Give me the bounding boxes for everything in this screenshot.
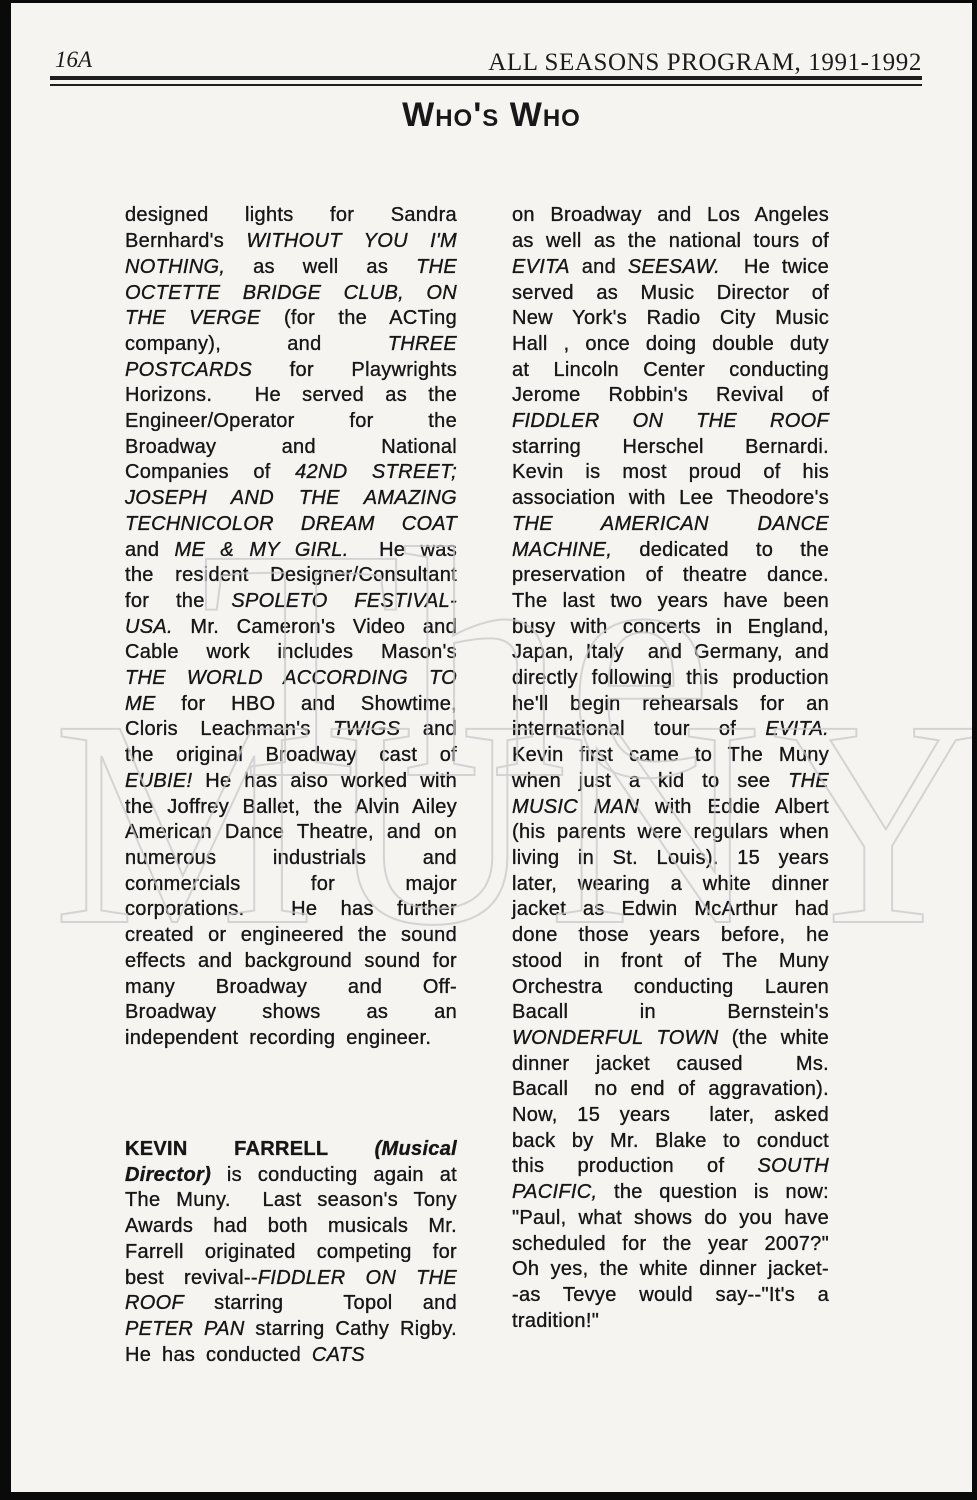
right-column: on Broadway and Los Angeles as well as t… [512,152,829,1386]
program-page: 16A ALL SEASONS PROGRAM, 1991-1992 Who's… [11,3,972,1492]
bio-paragraph-continuation: designed lights for Sandra Bernhard's WI… [125,203,457,1051]
program-header: ALL SEASONS PROGRAM, 1991-1992 [488,49,922,77]
header-rule-thin [50,84,922,86]
left-column: designed lights for Sandra Bernhard's WI… [125,152,457,1420]
page-title: Who's Who [11,96,972,135]
bio-paragraph-kevin-farrell: KEVIN FARRELL (Musical Director) is cond… [125,1137,457,1368]
bio-paragraph-farrell-continued: on Broadway and Los Angeles as well as t… [512,203,829,1334]
page-number: 16A [55,47,92,73]
header-rule-thick [50,76,922,80]
